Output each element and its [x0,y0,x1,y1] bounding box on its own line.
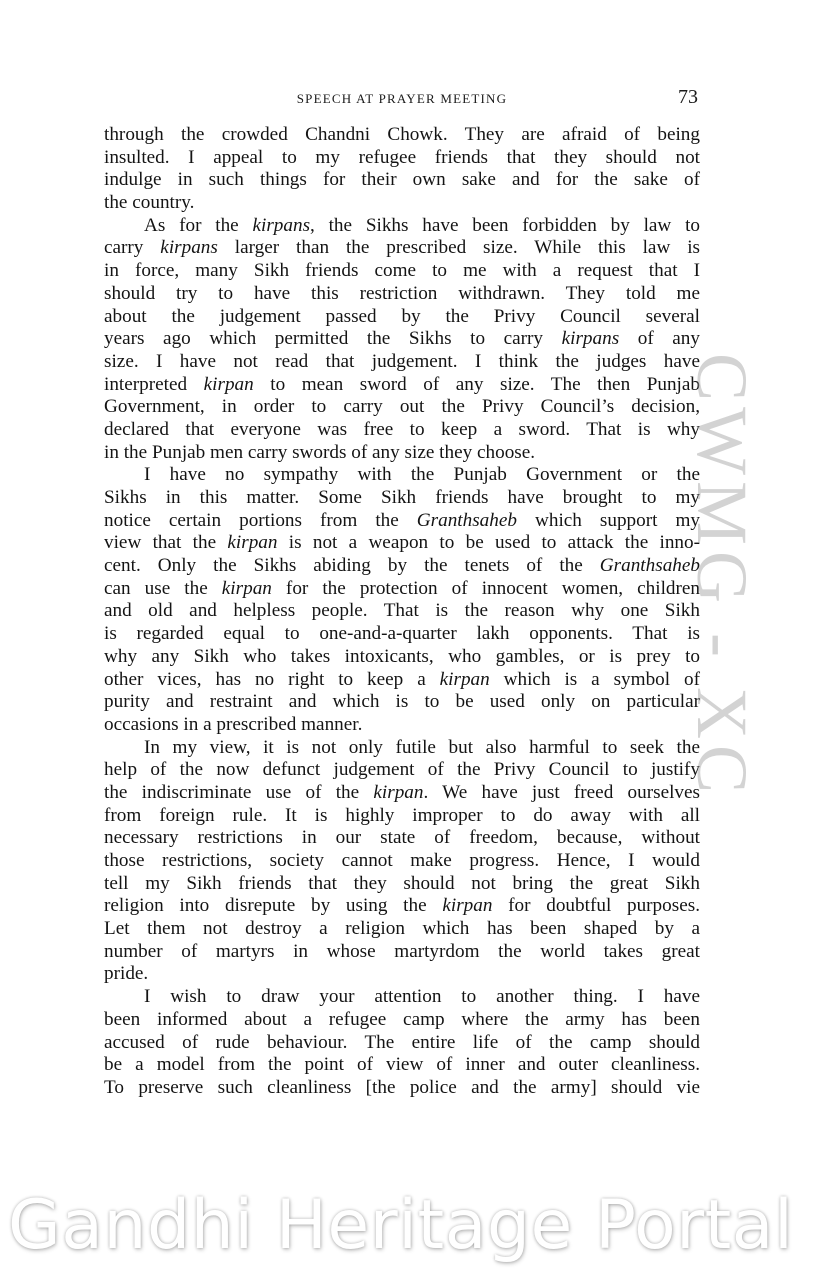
text-line: number of martyrs in whose martyrdom the… [104,941,700,964]
text-run: those restrictions, society cannot make … [104,850,700,871]
text-run: is not a weapon to be used to attack the… [277,532,700,553]
text-line: in the Punjab men carry swords of any si… [104,442,700,465]
text-line: other vices, has no right to keep a kirp… [104,669,700,692]
italic-term: kirpan [373,782,423,803]
text-line: declared that everyone was free to keep … [104,419,700,442]
text-line: accused of rude behaviour. The entire li… [104,1032,700,1055]
text-line: In my view, it is not only futile but al… [104,737,700,760]
text-run: Sikhs in this matter. Some Sikh friends … [104,487,700,508]
text-run: help of the now defunct judgement of the… [104,759,700,780]
text-run: I have no sympathy with the Punjab Gover… [144,464,700,485]
text-line: help of the now defunct judgement of the… [104,759,700,782]
text-run: which support my [517,510,700,531]
text-run: I wish to draw your attention to another… [144,986,700,1007]
text-line: should try to have this restriction with… [104,283,700,306]
text-run: accused of rude behaviour. The entire li… [104,1032,700,1053]
italic-term: kirpans [562,328,620,349]
text-line: I wish to draw your attention to another… [104,986,700,1009]
text-run: larger than the prescribed size. While t… [218,237,700,258]
text-line: the country. [104,192,700,215]
italic-term: kirpan [227,532,277,553]
text-line: size. I have not read that judgement. I … [104,351,700,374]
text-line: occasions in a prescribed manner. [104,714,700,737]
text-run: the country. [104,192,194,213]
text-run: view that the [104,532,227,553]
text-run: indulge in such things for their own sak… [104,169,700,190]
text-run: and old and helpless people. That is the… [104,600,700,621]
text-run: which is a symbol of [490,669,700,690]
text-run: pride. [104,963,148,984]
text-line: from foreign rule. It is highly improper… [104,805,700,828]
text-run: Government, in order to carry out the Pr… [104,396,700,417]
text-run: size. I have not read that judgement. I … [104,351,700,372]
text-run: through the crowded Chandni Chowk. They … [104,124,700,145]
text-run: necessary restrictions in our state of f… [104,827,700,848]
text-run: why any Sikh who takes intoxicants, who … [104,646,700,667]
text-run: be a model from the point of view of inn… [104,1054,700,1075]
text-run: for the protection of innocent women, ch… [272,578,700,599]
text-run: years ago which permitted the Sikhs to c… [104,328,562,349]
text-line: the indiscriminate use of the kirpan. We… [104,782,700,805]
text-line: purity and restraint and which is to be … [104,691,700,714]
text-run: in the Punjab men carry swords of any si… [104,442,535,463]
text-run: purity and restraint and which is to be … [104,691,700,712]
text-run: can use the [104,578,222,599]
text-run: As for the [144,215,252,236]
italic-term: Granthsaheb [600,555,700,576]
watermark-cwmg: CWMG - XC [692,353,752,953]
text-line: Let them not destroy a religion which ha… [104,918,700,941]
text-line: cent. Only the Sikhs abiding by the tene… [104,555,700,578]
text-line: be a model from the point of view of inn… [104,1054,700,1077]
text-run: is regarded equal to one-and-a-quarter l… [104,623,700,644]
text-run: notice certain portions from the [104,510,417,531]
text-run: in force, many Sikh friends come to me w… [104,260,700,281]
text-run: should try to have this restriction with… [104,283,700,304]
page-number: 73 [678,86,698,109]
text-line: in force, many Sikh friends come to me w… [104,260,700,283]
text-run: Let them not destroy a religion which ha… [104,918,700,939]
watermark-gandhi-heritage-portal: Gandhi Heritage Portal [8,1186,819,1266]
text-line: necessary restrictions in our state of f… [104,827,700,850]
text-line: carry kirpans larger than the prescribed… [104,237,700,260]
italic-term: kirpan [442,895,492,916]
text-line: interpreted kirpan to mean sword of any … [104,374,700,397]
text-line: been informed about a refugee camp where… [104,1009,700,1032]
text-line: As for the kirpans, the Sikhs have been … [104,215,700,238]
italic-term: kirpan [440,669,490,690]
text-run: of any [619,328,700,349]
text-run: number of martyrs in whose martyrdom the… [104,941,700,962]
text-run: the indiscriminate use of the [104,782,373,803]
text-run: been informed about a refugee camp where… [104,1009,700,1030]
text-line: is regarded equal to one-and-a-quarter l… [104,623,700,646]
body-text: through the crowded Chandni Chowk. They … [104,124,700,1100]
text-line: can use the kirpan for the protection of… [104,578,700,601]
text-line: To preserve such cleanliness [the police… [104,1077,700,1100]
text-run: cent. Only the Sikhs abiding by the tene… [104,555,600,576]
italic-term: kirpan [222,578,272,599]
text-run: In my view, it is not only futile but al… [144,737,700,758]
text-run: insulted. I appeal to my refugee friends… [104,147,700,168]
text-line: through the crowded Chandni Chowk. They … [104,124,700,147]
text-line: view that the kirpan is not a weapon to … [104,532,700,555]
text-line: insulted. I appeal to my refugee friends… [104,147,700,170]
text-line: religion into disrepute by using the kir… [104,895,700,918]
text-run: , the Sikhs have been forbidden by law t… [310,215,700,236]
text-run: from foreign rule. It is highly improper… [104,805,700,826]
text-run: . We have just freed ourselves [423,782,700,803]
text-run: religion into disrepute by using the [104,895,442,916]
italic-term: kirpans [252,215,310,236]
text-run: other vices, has no right to keep a [104,669,440,690]
text-run: occasions in a prescribed manner. [104,714,362,735]
text-line: indulge in such things for their own sak… [104,169,700,192]
text-line: years ago which permitted the Sikhs to c… [104,328,700,351]
text-run: to mean sword of any size. The then Punj… [254,374,700,395]
running-head: SPEECH AT PRAYER MEETING 73 [104,86,700,110]
text-line: Government, in order to carry out the Pr… [104,396,700,419]
italic-term: kirpans [160,237,218,258]
text-run: interpreted [104,374,204,395]
text-line: tell my Sikh friends that they should no… [104,873,700,896]
text-line: I have no sympathy with the Punjab Gover… [104,464,700,487]
text-line: why any Sikh who takes intoxicants, who … [104,646,700,669]
text-run: carry [104,237,160,258]
text-line: pride. [104,963,700,986]
text-line: about the judgement passed by the Privy … [104,306,700,329]
text-run: about the judgement passed by the Privy … [104,306,700,327]
running-title: SPEECH AT PRAYER MEETING [104,91,700,107]
text-run: To preserve such cleanliness [the police… [104,1077,700,1098]
italic-term: Granthsaheb [417,510,517,531]
text-run: for doubtful purposes. [492,895,700,916]
text-run: declared that everyone was free to keep … [104,419,700,440]
text-line: Sikhs in this matter. Some Sikh friends … [104,487,700,510]
text-line: those restrictions, society cannot make … [104,850,700,873]
text-line: notice certain portions from the Granths… [104,510,700,533]
book-page: SPEECH AT PRAYER MEETING 73 through the … [0,0,827,1272]
italic-term: kirpan [204,374,254,395]
text-run: tell my Sikh friends that they should no… [104,873,700,894]
text-line: and old and helpless people. That is the… [104,600,700,623]
